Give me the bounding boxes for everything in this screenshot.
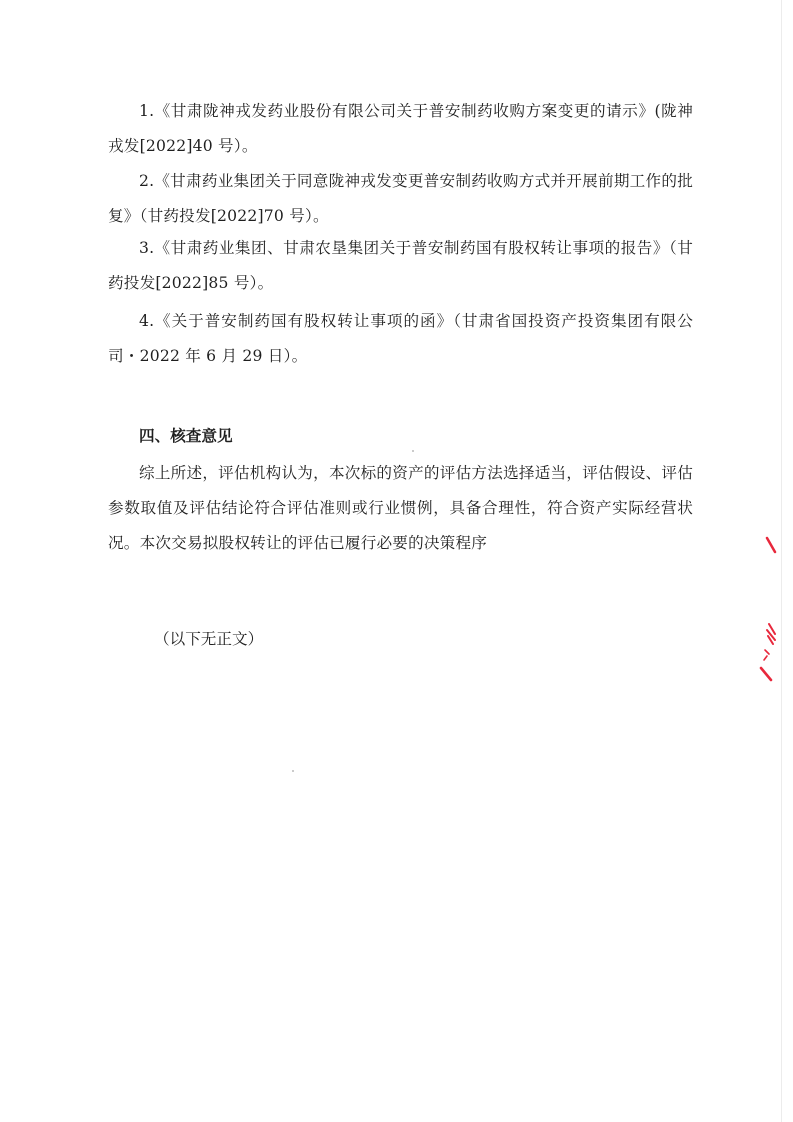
seam-stamp-icon (755, 530, 785, 690)
scan-speck (412, 450, 414, 452)
end-note: （以下无正文） (154, 627, 263, 649)
section-heading: 四、核查意见 (139, 424, 233, 446)
reference-item-1: 1.《甘肃陇神戎发药业股份有限公司关于普安制药收购方案变更的请示》(陇神戎发[2… (108, 94, 693, 164)
scan-speck (292, 770, 294, 772)
reference-item-4: 4.《关于普安制药国有股权转让事项的函》（甘肃省国投资产投资集团有限公司・202… (108, 304, 693, 374)
document-page: 1.《甘肃陇神戎发药业股份有限公司关于普安制药收购方案变更的请示》(陇神戎发[2… (0, 0, 793, 1122)
reference-item-2: 2.《甘肃药业集团关于同意陇神戎发变更普安制药收购方式并开展前期工作的批复》（甘… (108, 164, 693, 234)
conclusion-paragraph: 综上所述，评估机构认为，本次标的资产的评估方法选择适当，评估假设、评估参数取值及… (108, 456, 693, 561)
reference-item-3: 3.《甘肃药业集团、甘肃农垦集团关于普安制药国有股权转让事项的报告》（甘药投发[… (108, 231, 693, 301)
